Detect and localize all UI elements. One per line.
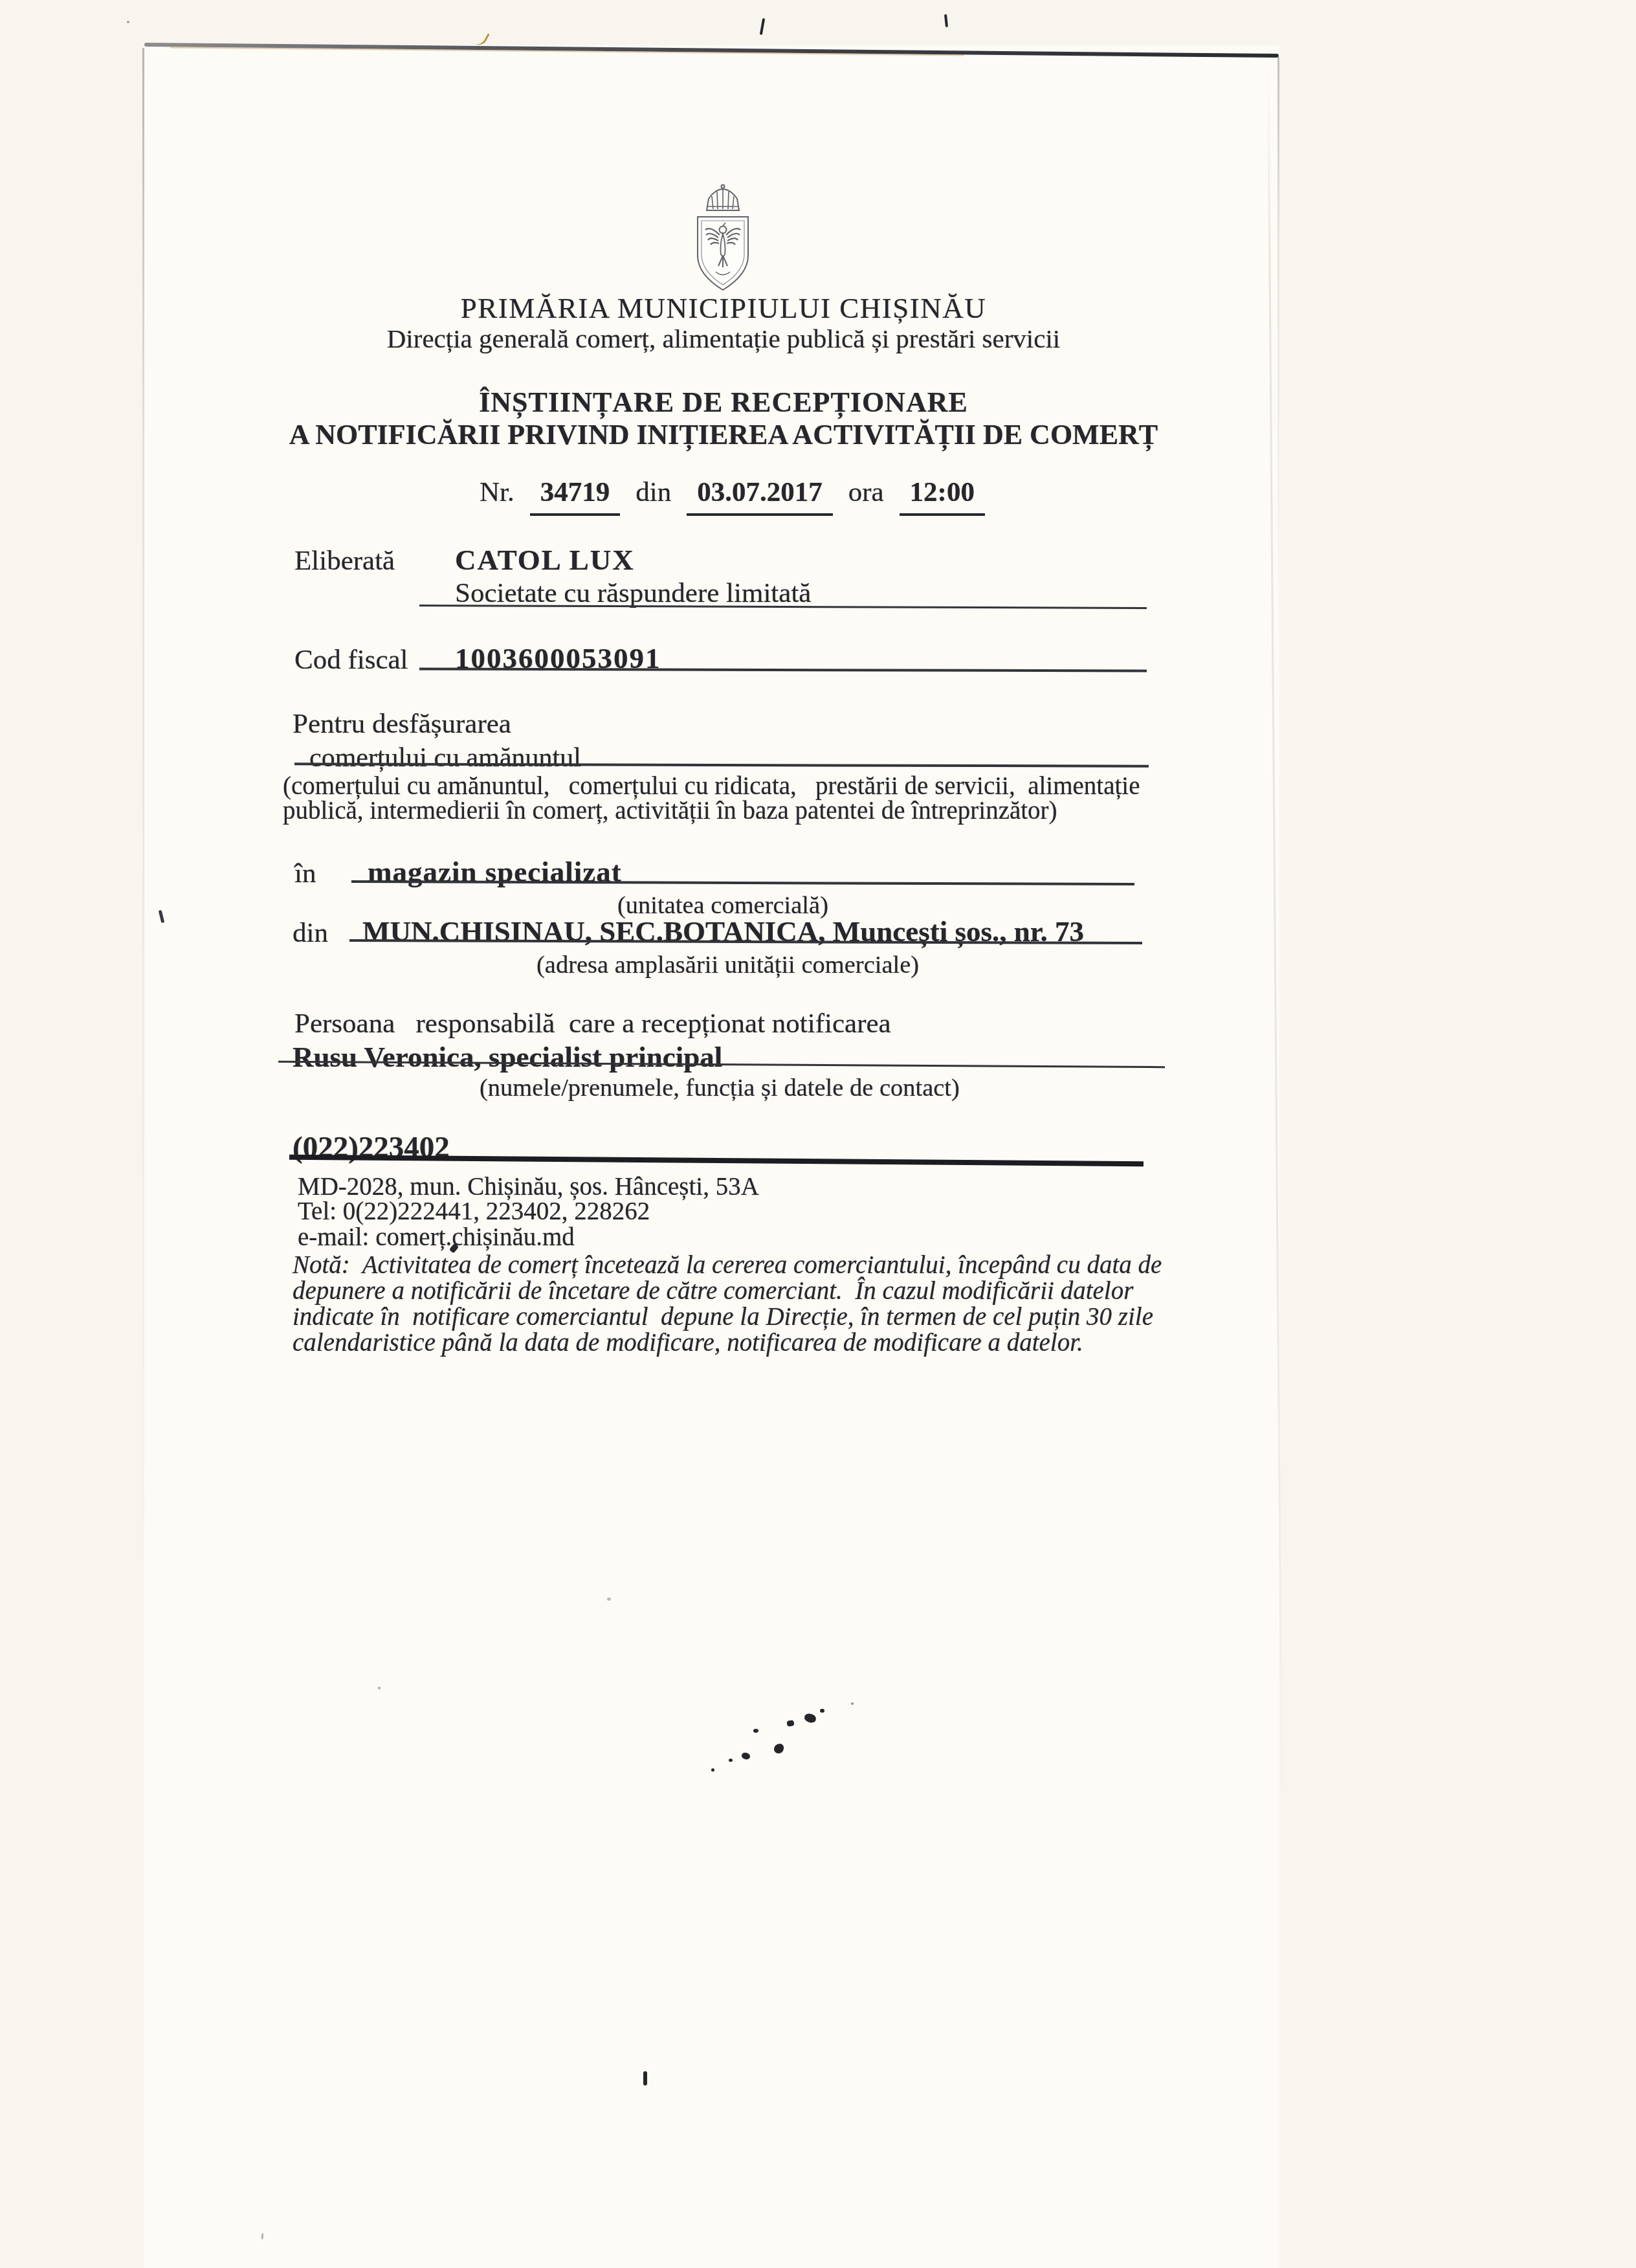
note-line-4: calendaristice până la data de modificar… — [293, 1328, 1083, 1357]
ink-speck — [127, 21, 129, 23]
ink-smudge — [711, 1768, 714, 1772]
unit-din-label: din — [293, 917, 328, 949]
scanned-document: PRIMĂRIA MUNICIPIULUI CHIȘINĂU Direcția … — [0, 0, 1636, 2268]
responsible-intro: Persoana responsabilă care a recepționat… — [294, 1008, 891, 1039]
issued-label: Eliberată — [294, 545, 395, 577]
ink-speck — [760, 18, 765, 35]
ink-speck — [851, 1702, 854, 1705]
note-line-2: depunere a notificării de încetare de că… — [293, 1276, 1133, 1306]
registration-date: 03.07.2017 — [687, 476, 833, 516]
document-title-line1: ÎNȘTIINȚARE DE RECEPȚIONARE — [155, 386, 1292, 419]
address-caption: (adresa amplasării unității comerciale) — [536, 951, 919, 979]
office-email: e-mail: comerț.chișinău.md — [298, 1223, 575, 1252]
registration-line: Nr. 34719 din 03.07.2017 ora 12:00 — [480, 476, 985, 516]
ink-smudge — [753, 1729, 758, 1733]
unit-type: magazin specializat — [368, 855, 622, 889]
ink-speck — [643, 2071, 647, 2085]
scan-left-edge — [142, 48, 144, 1601]
document-title-line2: A NOTIFICĂRII PRIVIND INIȚIEREA ACTIVITĂ… — [155, 418, 1292, 451]
ora-label: ora — [848, 476, 884, 508]
responsible-caption: (numele/prenumele, funcția și datele de … — [480, 1074, 960, 1102]
department-subtitle: Direcția generală comerț, alimentație pu… — [155, 323, 1292, 354]
ink-smudge — [729, 1759, 733, 1762]
ink-smudge — [820, 1709, 824, 1713]
registration-number: 34719 — [530, 476, 621, 516]
ink-speck — [378, 1687, 381, 1689]
fiscal-label: Cod fiscal — [294, 644, 408, 676]
responsible-name: Rusu Veronica, specialist principal — [293, 1040, 722, 1074]
nr-label: Nr. — [480, 476, 514, 508]
chisinau-coat-of-arms-icon — [685, 183, 761, 295]
note-line-3: indicate în notificare comerciantul depu… — [293, 1302, 1153, 1331]
in-label: în — [294, 858, 316, 889]
activity-selected: comerțului cu amănuntul — [309, 742, 581, 773]
office-phones: Tel: 0(22)222441, 223402, 228262 — [298, 1197, 650, 1226]
note-line-1: Notă: Activitatea de comerț încetează la… — [293, 1251, 1162, 1280]
ink-speck — [944, 14, 948, 27]
activity-intro: Pentru desfășurarea — [293, 708, 511, 740]
registration-time: 12:00 — [900, 476, 985, 516]
activity-options-line2: publică, intermedierii în comerț, activi… — [283, 796, 1057, 825]
municipality-title: PRIMĂRIA MUNICIPIULUI CHIȘINĂU — [155, 291, 1292, 325]
ink-speck — [607, 1597, 611, 1601]
din-label: din — [636, 476, 671, 508]
company-name: CATOL LUX — [455, 543, 635, 577]
